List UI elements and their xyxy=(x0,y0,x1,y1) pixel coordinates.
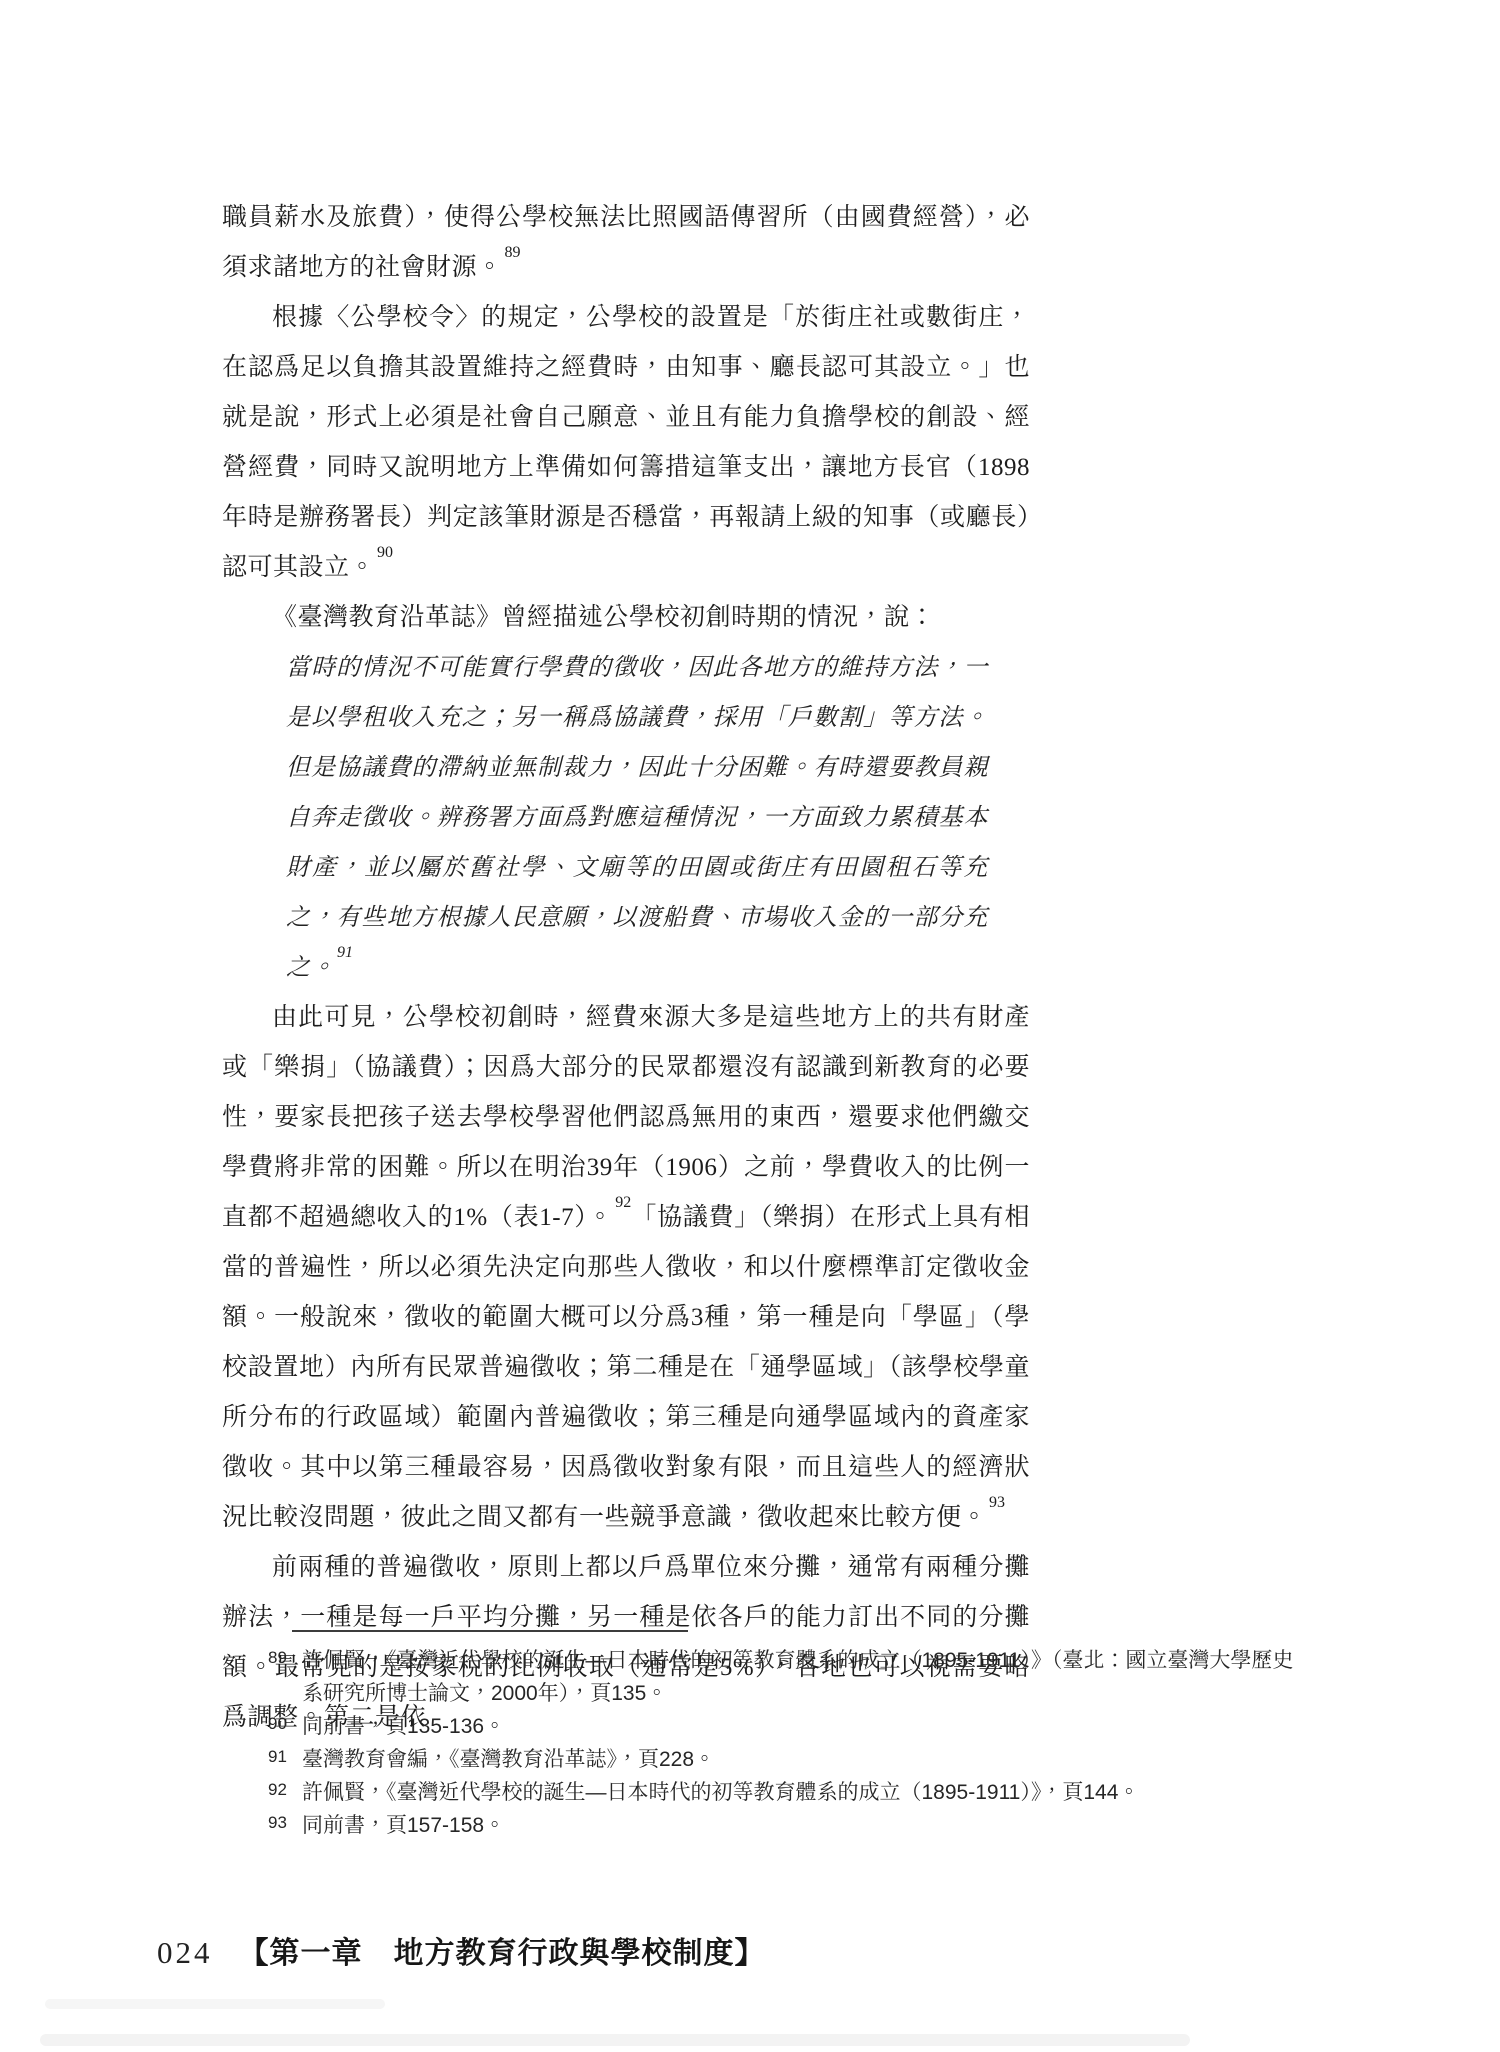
quotation-text: 當時的情況不可能實行學費的徵收，因此各地方的維持方法，一是以學租收入充之；另一稱… xyxy=(286,655,988,981)
footnote-number: 89 xyxy=(268,1641,287,1674)
book-page-scan: 職員薪水及旅費），使得公學校無法比照國語傳習所（由國費經營），必須求諸地方的社會… xyxy=(0,0,1500,2052)
paragraph-text: 「協議費」（樂捐）在形式上具有相當的普遍性，所以必須先決定向那些人徵收，和以什麼… xyxy=(222,1204,1030,1531)
paragraph: 由此可見，公學校初創時，經費來源大多是這些地方上的共有財產或「樂捐」（協議費）；… xyxy=(222,993,1030,1543)
main-text-block: 職員薪水及旅費），使得公學校無法比照國語傳習所（由國費經營），必須求諸地方的社會… xyxy=(222,193,1030,1743)
paragraph-quote-intro: 《臺灣教育沿革誌》曾經描述公學校初創時期的情況，說： xyxy=(222,593,1030,643)
footnote-item: 91臺灣教育會編，《臺灣教育沿革誌》，頁228。 xyxy=(268,1743,1310,1776)
footnote-ref-93: 93 xyxy=(989,1494,1005,1511)
footnote-ref-89: 89 xyxy=(505,244,521,261)
footnote-text: 臺灣教育會編，《臺灣教育沿革誌》，頁228。 xyxy=(302,1748,715,1771)
footnote-ref-91: 91 xyxy=(337,944,353,961)
footnote-ref-90: 90 xyxy=(377,544,393,561)
footnotes-section: 89許佩賢，《臺灣近代學校的誕生—日本時代的初等教育體系的成立（1895-191… xyxy=(268,1630,1310,1842)
footnote-number: 90 xyxy=(268,1707,287,1740)
footnote-item: 89許佩賢，《臺灣近代學校的誕生—日本時代的初等教育體系的成立（1895-191… xyxy=(268,1644,1310,1710)
scan-artifact xyxy=(40,2034,1190,2046)
footnote-text: 許佩賢，《臺灣近代學校的誕生—日本時代的初等教育體系的成立（1895-1911）… xyxy=(302,1649,1293,1705)
footnote-item: 92許佩賢，《臺灣近代學校的誕生—日本時代的初等教育體系的成立（1895-191… xyxy=(268,1776,1310,1809)
page-number: 024 xyxy=(157,1935,213,1970)
paragraph-continuation: 職員薪水及旅費），使得公學校無法比照國語傳習所（由國費經營），必須求諸地方的社會… xyxy=(222,193,1030,293)
chapter-title: 【第一章 地方教育行政與學校制度】 xyxy=(239,1937,766,1970)
paragraph-text: 職員薪水及旅費），使得公學校無法比照國語傳習所（由國費經營），必須求諸地方的社會… xyxy=(222,204,1030,281)
block-quotation: 當時的情況不可能實行學費的徵收，因此各地方的維持方法，一是以學租收入充之；另一稱… xyxy=(286,643,988,993)
footnote-ref-92: 92 xyxy=(615,1194,631,1211)
paragraph: 根據〈公學校令〉的規定，公學校的設置是「於街庄社或數街庄，在認爲足以負擔其設置維… xyxy=(222,293,1030,593)
footnote-separator-rule xyxy=(292,1630,688,1632)
footnote-item: 93同前書，頁157-158。 xyxy=(268,1809,1310,1842)
page-footer: 024【第一章 地方教育行政與學校制度】 xyxy=(157,1928,766,1972)
footnote-list: 89許佩賢，《臺灣近代學校的誕生—日本時代的初等教育體系的成立（1895-191… xyxy=(268,1644,1310,1842)
footnote-number: 92 xyxy=(268,1773,287,1806)
scan-artifact xyxy=(45,1999,385,2009)
footnote-number: 93 xyxy=(268,1806,287,1839)
footnote-text: 許佩賢，《臺灣近代學校的誕生—日本時代的初等教育體系的成立（1895-1911）… xyxy=(302,1781,1139,1804)
footnote-text: 同前書，頁157-158。 xyxy=(302,1814,505,1837)
paragraph-text: 《臺灣教育沿革誌》曾經描述公學校初創時期的情況，說： xyxy=(272,604,935,631)
footnote-item: 90同前書，頁135-136。 xyxy=(268,1710,1310,1743)
paragraph-text: 根據〈公學校令〉的規定，公學校的設置是「於街庄社或數街庄，在認爲足以負擔其設置維… xyxy=(222,304,1030,581)
footnote-text: 同前書，頁135-136。 xyxy=(302,1715,505,1738)
footnote-number: 91 xyxy=(268,1740,287,1773)
